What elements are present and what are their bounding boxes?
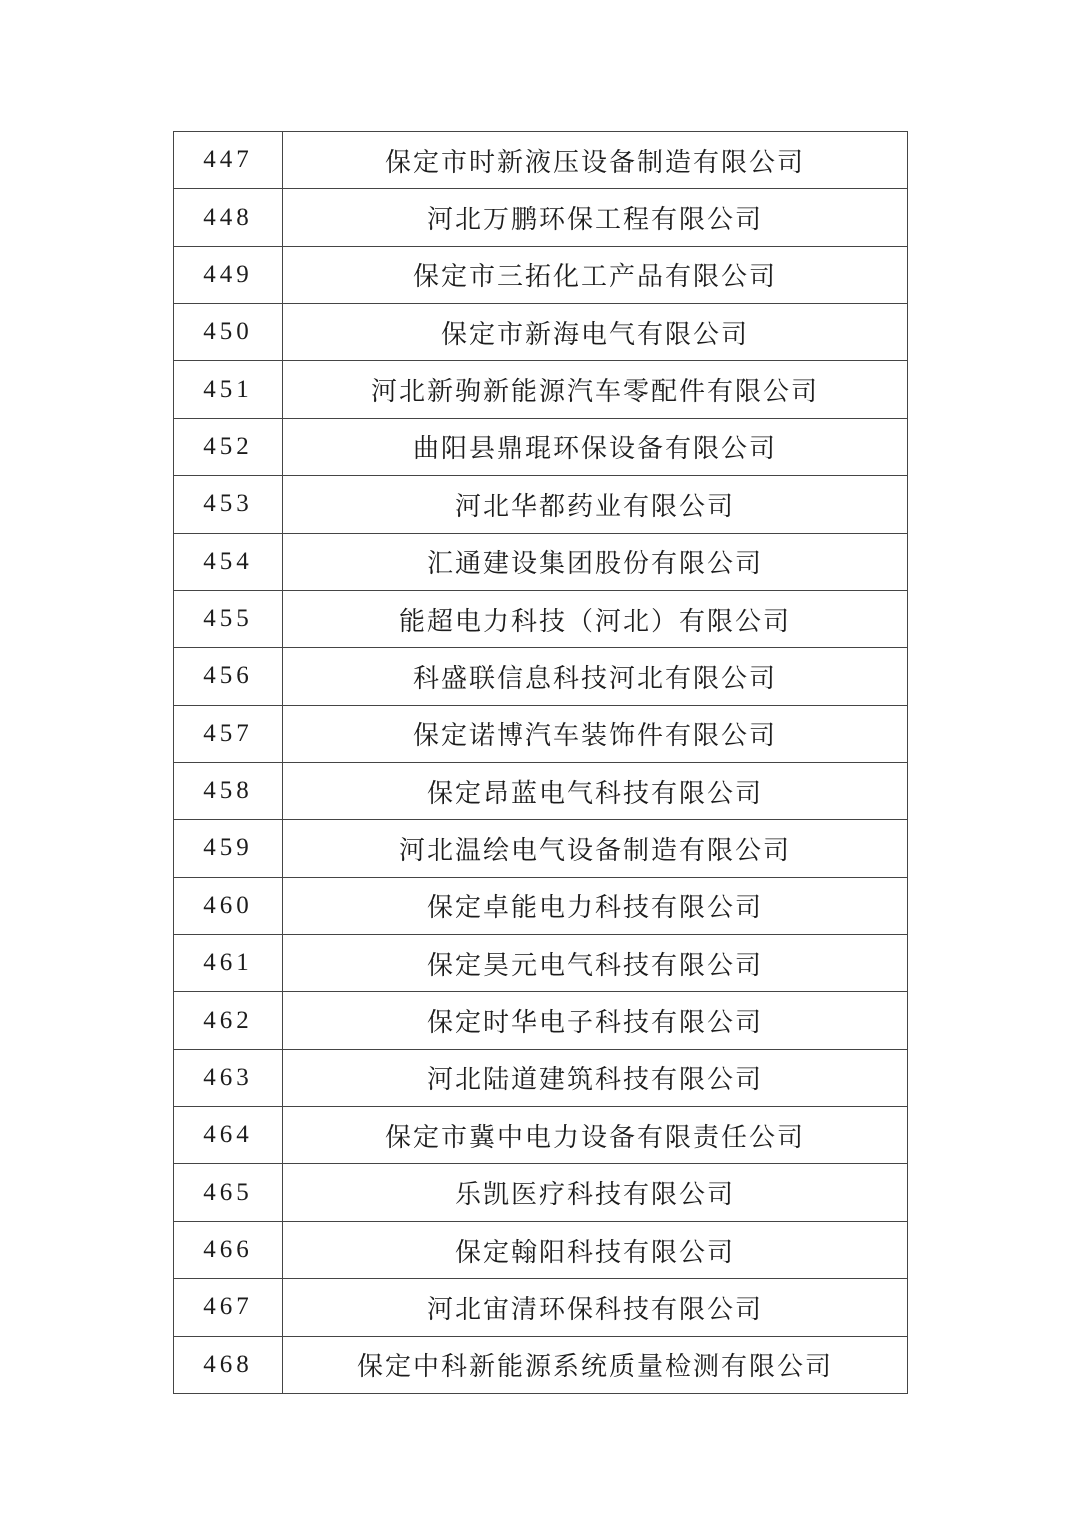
document-page: 447保定市时新液压设备制造有限公司448河北万鹏环保工程有限公司449保定市三… bbox=[0, 0, 1080, 1527]
company-name-cell: 保定昂蓝电气科技有限公司 bbox=[283, 762, 908, 819]
table-row: 467河北宙清环保科技有限公司 bbox=[174, 1279, 908, 1336]
row-number-cell: 453 bbox=[174, 476, 283, 533]
table-row: 451河北新驹新能源汽车零配件有限公司 bbox=[174, 361, 908, 418]
table-row: 452曲阳县鼎琨环保设备有限公司 bbox=[174, 418, 908, 475]
table-row: 460保定卓能电力科技有限公司 bbox=[174, 877, 908, 934]
table-row: 468保定中科新能源系统质量检测有限公司 bbox=[174, 1336, 908, 1393]
company-name-cell: 保定翰阳科技有限公司 bbox=[283, 1221, 908, 1278]
company-name-cell: 河北陆道建筑科技有限公司 bbox=[283, 1049, 908, 1106]
company-name-cell: 河北华都药业有限公司 bbox=[283, 476, 908, 533]
company-table: 447保定市时新液压设备制造有限公司448河北万鹏环保工程有限公司449保定市三… bbox=[173, 131, 908, 1394]
row-number-cell: 450 bbox=[174, 304, 283, 361]
table-row: 458保定昂蓝电气科技有限公司 bbox=[174, 762, 908, 819]
row-number-cell: 460 bbox=[174, 877, 283, 934]
table-row: 464保定市冀中电力设备有限责任公司 bbox=[174, 1107, 908, 1164]
company-name-cell: 保定时华电子科技有限公司 bbox=[283, 992, 908, 1049]
row-number-cell: 455 bbox=[174, 590, 283, 647]
table-row: 457保定诺博汽车装饰件有限公司 bbox=[174, 705, 908, 762]
row-number-cell: 454 bbox=[174, 533, 283, 590]
table-row: 461保定昊元电气科技有限公司 bbox=[174, 935, 908, 992]
row-number-cell: 463 bbox=[174, 1049, 283, 1106]
table-row: 459河北温绘电气设备制造有限公司 bbox=[174, 820, 908, 877]
row-number-cell: 457 bbox=[174, 705, 283, 762]
company-name-cell: 保定昊元电气科技有限公司 bbox=[283, 935, 908, 992]
company-name-cell: 保定市新海电气有限公司 bbox=[283, 304, 908, 361]
company-name-cell: 乐凯医疗科技有限公司 bbox=[283, 1164, 908, 1221]
table-row: 449保定市三拓化工产品有限公司 bbox=[174, 246, 908, 303]
row-number-cell: 462 bbox=[174, 992, 283, 1049]
table-row: 455能超电力科技（河北）有限公司 bbox=[174, 590, 908, 647]
row-number-cell: 449 bbox=[174, 246, 283, 303]
row-number-cell: 456 bbox=[174, 648, 283, 705]
company-name-cell: 河北宙清环保科技有限公司 bbox=[283, 1279, 908, 1336]
company-name-cell: 保定卓能电力科技有限公司 bbox=[283, 877, 908, 934]
table-row: 448河北万鹏环保工程有限公司 bbox=[174, 189, 908, 246]
row-number-cell: 451 bbox=[174, 361, 283, 418]
company-name-cell: 科盛联信息科技河北有限公司 bbox=[283, 648, 908, 705]
company-name-cell: 保定市时新液压设备制造有限公司 bbox=[283, 132, 908, 189]
company-name-cell: 能超电力科技（河北）有限公司 bbox=[283, 590, 908, 647]
row-number-cell: 468 bbox=[174, 1336, 283, 1393]
company-name-cell: 保定市三拓化工产品有限公司 bbox=[283, 246, 908, 303]
table-row: 462保定时华电子科技有限公司 bbox=[174, 992, 908, 1049]
table-row: 447保定市时新液压设备制造有限公司 bbox=[174, 132, 908, 189]
row-number-cell: 448 bbox=[174, 189, 283, 246]
table-row: 466保定翰阳科技有限公司 bbox=[174, 1221, 908, 1278]
table-row: 454汇通建设集团股份有限公司 bbox=[174, 533, 908, 590]
row-number-cell: 465 bbox=[174, 1164, 283, 1221]
row-number-cell: 466 bbox=[174, 1221, 283, 1278]
row-number-cell: 464 bbox=[174, 1107, 283, 1164]
table-row: 450保定市新海电气有限公司 bbox=[174, 304, 908, 361]
row-number-cell: 458 bbox=[174, 762, 283, 819]
table-row: 463河北陆道建筑科技有限公司 bbox=[174, 1049, 908, 1106]
company-name-cell: 河北新驹新能源汽车零配件有限公司 bbox=[283, 361, 908, 418]
row-number-cell: 461 bbox=[174, 935, 283, 992]
company-name-cell: 保定诺博汽车装饰件有限公司 bbox=[283, 705, 908, 762]
row-number-cell: 447 bbox=[174, 132, 283, 189]
table-row: 456科盛联信息科技河北有限公司 bbox=[174, 648, 908, 705]
company-name-cell: 汇通建设集团股份有限公司 bbox=[283, 533, 908, 590]
company-name-cell: 河北温绘电气设备制造有限公司 bbox=[283, 820, 908, 877]
company-name-cell: 保定中科新能源系统质量检测有限公司 bbox=[283, 1336, 908, 1393]
company-name-cell: 曲阳县鼎琨环保设备有限公司 bbox=[283, 418, 908, 475]
company-name-cell: 河北万鹏环保工程有限公司 bbox=[283, 189, 908, 246]
row-number-cell: 459 bbox=[174, 820, 283, 877]
company-name-cell: 保定市冀中电力设备有限责任公司 bbox=[283, 1107, 908, 1164]
row-number-cell: 467 bbox=[174, 1279, 283, 1336]
table-row: 453河北华都药业有限公司 bbox=[174, 476, 908, 533]
table-row: 465乐凯医疗科技有限公司 bbox=[174, 1164, 908, 1221]
row-number-cell: 452 bbox=[174, 418, 283, 475]
company-table-body: 447保定市时新液压设备制造有限公司448河北万鹏环保工程有限公司449保定市三… bbox=[174, 132, 908, 1394]
